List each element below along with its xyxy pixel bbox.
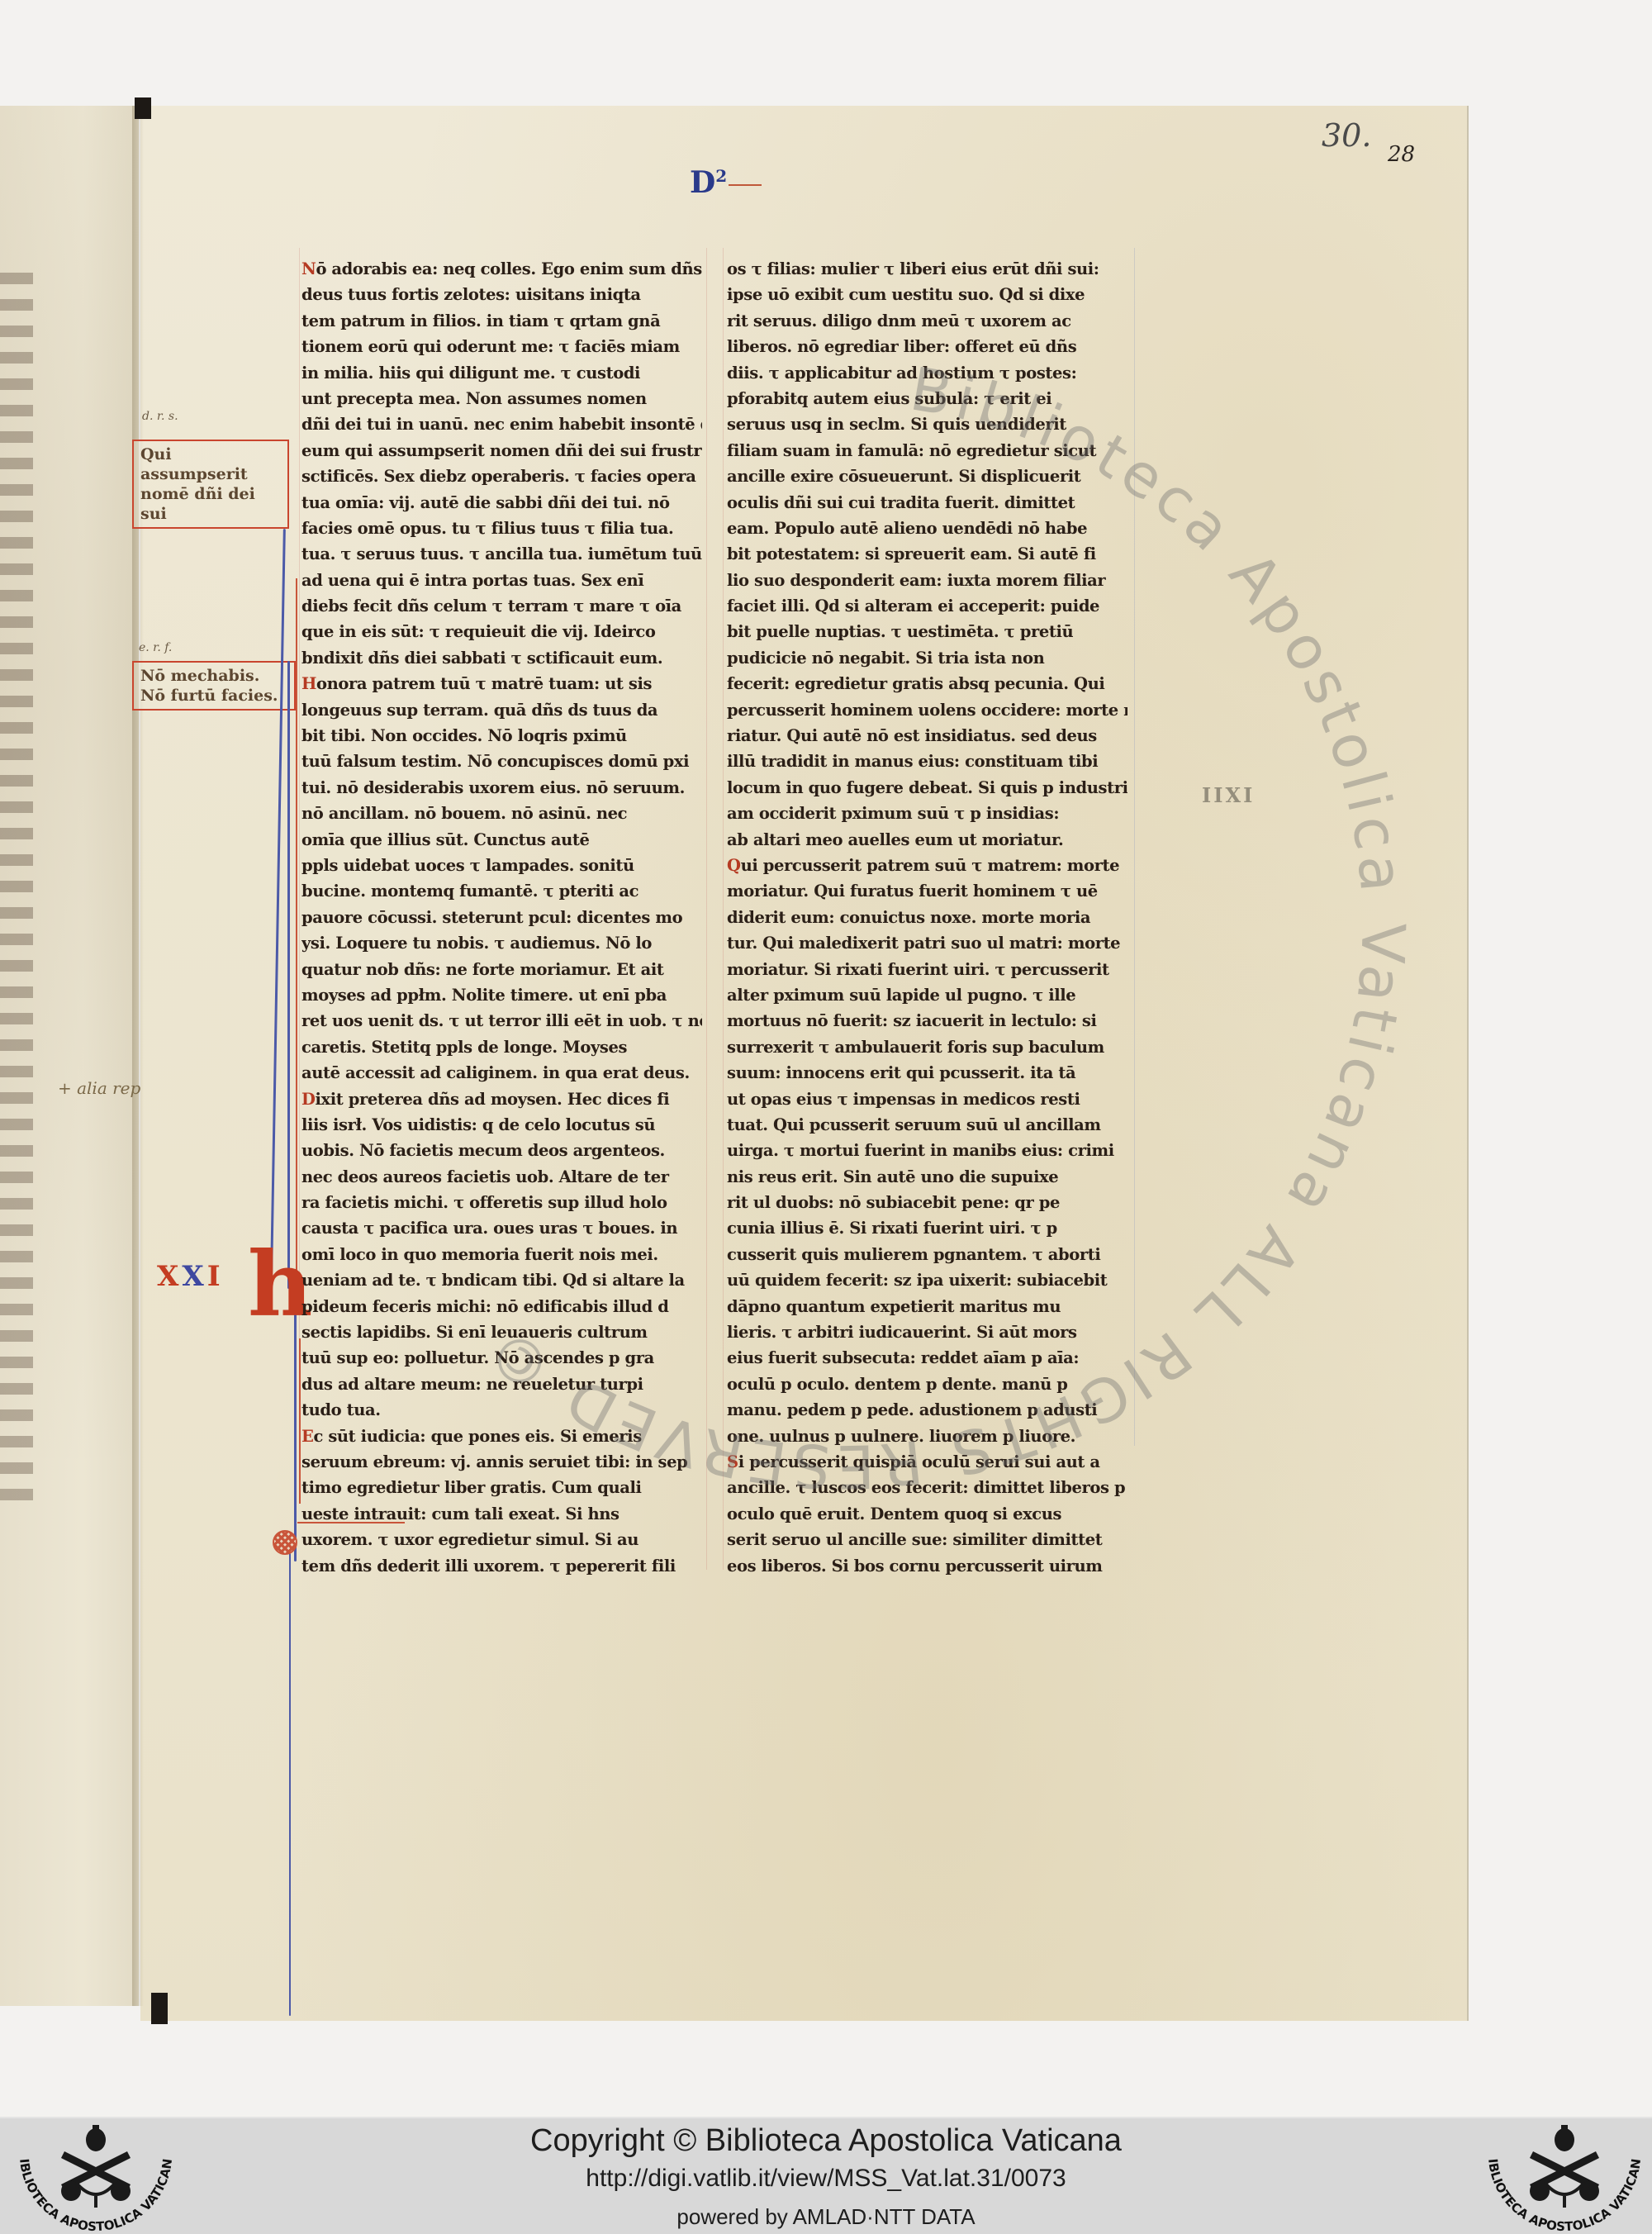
- manuscript-line: omīa que illius sūt. Cunctus autē: [301, 827, 702, 853]
- manuscript-line: ppls uidebat uoces τ lampades. sonitū: [301, 853, 702, 878]
- manuscript-line: dus ad altare meum: ne reueletur turpi: [301, 1371, 702, 1397]
- manuscript-line: riatur. Qui autē nō est insidiatus. sed …: [727, 723, 1127, 749]
- verso-text-edge: [0, 273, 33, 1512]
- powered-by-text: powered by AMLAD·NTT DATA: [0, 2204, 1652, 2230]
- penwork-knot-icon: [273, 1530, 297, 1555]
- manuscript-line: dñi dei tui in uanū. nec enim habebit in…: [301, 411, 702, 437]
- manuscript-line: seruus usq in seclm. Si quis uendiderit: [727, 411, 1127, 437]
- ruling-line: [706, 248, 707, 1570]
- manuscript-line: alter pximum suū lapide ul pugno. τ ille: [727, 982, 1127, 1008]
- manuscript-line: rit seruus. diligo dnm meū τ uxorem ac: [727, 308, 1127, 334]
- manuscript-line: am occiderit pximum suū τ p insidias:: [727, 801, 1127, 826]
- manuscript-line: ut opas eius τ impensas in medicos resti: [727, 1086, 1127, 1112]
- manuscript-line: diebs fecit dñs celum τ terram τ mare τ …: [301, 593, 702, 619]
- running-head: D2: [690, 165, 762, 200]
- manuscript-line: fecerit: egredietur gratis absq pecunia.…: [727, 671, 1127, 696]
- manuscript-line: bit potestatem: si spreuerit eam. Si aut…: [727, 541, 1127, 567]
- manuscript-line: tem patrum in filios. in tiam τ qrtam gn…: [301, 308, 702, 334]
- flourish-icon: [729, 184, 762, 186]
- manuscript-line: tua. τ seruus tuus. τ ancilla tua. iumēt…: [301, 541, 702, 567]
- manuscript-line: tuū falsum testim. Nō concupisces domū p…: [301, 749, 702, 774]
- folio-number-ink: 28: [1388, 142, 1415, 167]
- copyright-footer: Copyright © Biblioteca Apostolica Vatica…: [0, 2117, 1652, 2234]
- manuscript-line: omī loco in quo memoria fuerit nois mei.: [301, 1242, 702, 1267]
- rubricated-capital: S: [727, 1452, 738, 1471]
- manuscript-line: facies omē opus. tu τ filius tuus τ fili…: [301, 516, 702, 541]
- manuscript-line: oculis dñi sui cui tradita fuerit. dimit…: [727, 490, 1127, 516]
- manuscript-line: tem dñs dederit illi uxorem. τ pepererit…: [301, 1553, 702, 1579]
- manuscript-scan: + alia repetitio 30. 28 D2 d. r. s. Qui …: [0, 0, 1652, 2117]
- manuscript-line: ab altari meo auelles eum ut moriatur.: [727, 827, 1127, 853]
- manuscript-line: percusserit hominem uolens occidere: mor…: [727, 697, 1127, 723]
- manuscript-line: deus tuus fortis zelotes: uisitans iniqt…: [301, 282, 702, 307]
- marginal-rubric-box: Qui assumpserit nomē dñi dei sui: [132, 440, 289, 529]
- penwork-red-line: [299, 1338, 301, 1504]
- copyright-text: Copyright © Biblioteca Apostolica Vatica…: [0, 2123, 1652, 2159]
- manuscript-line: liberos. nō egrediar liber: offeret eū d…: [727, 334, 1127, 359]
- manuscript-line: pideum feceris michi: nō edificabis illu…: [301, 1294, 702, 1319]
- vatican-library-logo-right: BIBLIOTECA APOSTOLICA VATICANA: [1474, 2122, 1652, 2232]
- manuscript-line: bndixit dñs diei sabbati τ sctificauit e…: [301, 645, 702, 671]
- rubricated-capital: Q: [727, 856, 741, 875]
- manuscript-line: moriatur. Si rixati fuerint uiri. τ perc…: [727, 957, 1127, 982]
- manuscript-line: sctificēs. Sex diebz operaberis. τ facie…: [301, 463, 702, 489]
- chapter-number: XXI: [157, 1260, 224, 1293]
- manuscript-line: diis. τ applicabitur ad hostium τ postes…: [727, 360, 1127, 386]
- manuscript-line: cunia illius ē. Si rixati fuerint uiri. …: [727, 1215, 1127, 1241]
- text-column-b: os τ filias: mulier τ liberi eius erūt d…: [727, 256, 1127, 1579]
- manuscript-line: tionem eorū qui oderunt me: τ faciēs mia…: [301, 334, 702, 359]
- penwork-flourish-icon: [287, 661, 290, 1289]
- manuscript-line: ancille exire cōsueuerunt. Si displicuer…: [727, 463, 1127, 489]
- manuscript-line: nis reus erit. Sin autē uno die supuixe: [727, 1164, 1127, 1190]
- manuscript-line: tuat. Qui pcusserit seruum suū ul ancill…: [727, 1112, 1127, 1138]
- page-clip-bottom: [151, 1993, 168, 2024]
- chapter-numeral: X: [182, 1260, 206, 1293]
- manuscript-line: tudo tua.: [301, 1397, 702, 1423]
- offset-rubric-faint: IIXI: [1202, 783, 1255, 807]
- manuscript-line: filiam suam in famulā: nō egredietur sic…: [727, 438, 1127, 463]
- manuscript-line: uirga. τ mortui fuerint in manibs eius: …: [727, 1138, 1127, 1163]
- manuscript-line: os τ filias: mulier τ liberi eius erūt d…: [727, 256, 1127, 282]
- permalink-url[interactable]: http://digi.vatlib.it/view/MSS_Vat.lat.3…: [0, 2165, 1652, 2193]
- rubricated-capital: N: [301, 259, 316, 278]
- manuscript-line: bucine. montemq fumantē. τ pteriti ac: [301, 878, 702, 904]
- manuscript-line: sectis lapidibs. Si enī leuaueris cultru…: [301, 1319, 702, 1345]
- chapter-numeral: X: [157, 1260, 182, 1293]
- rubricated-capital: H: [301, 674, 316, 693]
- manuscript-line: suum: innocens erit qui pcusserit. ita t…: [727, 1060, 1127, 1086]
- papal-keys-tiara-icon: [1530, 2125, 1599, 2208]
- manuscript-line: eum qui assumpserit nomen dñi dei sui fr…: [301, 438, 702, 463]
- manuscript-line: Si percusserit quispiā oculū serui sui a…: [727, 1449, 1127, 1475]
- manuscript-line: Nō adorabis ea: neq colles. Ego enim sum…: [301, 256, 702, 282]
- manuscript-line: ra facietis michi. τ offeretis sup illud…: [301, 1190, 702, 1215]
- marginal-reference: d. r. s.: [142, 410, 178, 423]
- manuscript-line: tui. nō desiderabis uxorem eius. nō seru…: [301, 775, 702, 801]
- manuscript-line: Ec sūt iudicia: que pones eis. Si emeris: [301, 1424, 702, 1449]
- manuscript-line: oculū p oculo. dentem p dente. manū p: [727, 1371, 1127, 1397]
- manuscript-line: Honora patrem tuū τ matrē tuam: ut sis: [301, 671, 702, 696]
- manuscript-line: ret uos uenit ds. τ ut terror illi eēt i…: [301, 1008, 702, 1034]
- manuscript-line: timo egredietur liber gratis. Cum quali: [301, 1475, 702, 1500]
- manuscript-line: que in eis sūt: τ requieuit die vij. Ide…: [301, 619, 702, 644]
- folio-number-pencil: 30.: [1322, 117, 1371, 154]
- running-head-sup: 2: [715, 166, 727, 186]
- gutter-shadow: [132, 106, 144, 2006]
- manuscript-line: nec deos aureos facietis uob. Altare de …: [301, 1164, 702, 1190]
- papal-keys-tiara-icon: [61, 2125, 131, 2208]
- manuscript-line: Qui percusserit patrem suū τ matrem: mor…: [727, 853, 1127, 878]
- vatican-library-logo-left: BIBLIOTECA APOSTOLICA VATICANA: [5, 2122, 187, 2232]
- text-column-a: Nō adorabis ea: neq colles. Ego enim sum…: [301, 256, 702, 1579]
- manuscript-line: cusserit quis mulierem pgnantem. τ abort…: [727, 1242, 1127, 1267]
- manuscript-line: surrexerit τ ambulauerit foris sup bacul…: [727, 1034, 1127, 1060]
- manuscript-line: eos liberos. Si bos cornu percusserit ui…: [727, 1553, 1127, 1579]
- manuscript-line: manu. pedem p pede. adustionem p adusti: [727, 1397, 1127, 1423]
- penwork-red-line: [296, 578, 297, 1305]
- manuscript-line: eam. Populo autē alieno uendēdi nō habe: [727, 516, 1127, 541]
- manuscript-line: bit puelle nuptias. τ uestimēta. τ preti…: [727, 619, 1127, 644]
- rubricated-capital: D: [301, 1090, 316, 1109]
- manuscript-line: lieris. τ arbitri iudicauerint. Si aūt m…: [727, 1319, 1127, 1345]
- manuscript-line: unt precepta mea. Non assumes nomen: [301, 386, 702, 411]
- manuscript-line: ancille. τ luscos eos fecerit: dimittet …: [727, 1475, 1127, 1500]
- manuscript-line: one. uulnus p uulnere. liuorem p liuore.: [727, 1424, 1127, 1449]
- ruling-line: [723, 248, 724, 1570]
- manuscript-line: tuū sup eo: polluetur. Nō ascendes p gra: [301, 1345, 702, 1371]
- manuscript-line: ipse uō exibit cum uestitu suo. Qd si di…: [727, 282, 1127, 307]
- manuscript-line: longeuus sup terram. quā dñs ds tuus da: [301, 697, 702, 723]
- chapter-numeral: I: [207, 1260, 224, 1293]
- manuscript-line: tur. Qui maledixerit patri suo ul matri:…: [727, 930, 1127, 956]
- manuscript-line: uū quidem fecerit: sz ipa uixerit: subia…: [727, 1267, 1127, 1293]
- manuscript-line: moyses ad ppłm. Nolite timere. ut enī pb…: [301, 982, 702, 1008]
- manuscript-line: liis isrł. Vos uidistis: q de celo locut…: [301, 1112, 702, 1138]
- manuscript-line: nō ancillam. nō bouem. nō asinū. nec: [301, 801, 702, 826]
- manuscript-line: oculo quē eruit. Dentem quoq si excus: [727, 1501, 1127, 1527]
- page-clip-top: [135, 97, 151, 119]
- manuscript-line: caretis. Stetitq ppls de longe. Moyses: [301, 1034, 702, 1060]
- manuscript-line: quatur nob dñs: ne forte moriamur. Et ai…: [301, 957, 702, 982]
- manuscript-line: Dixit preterea dñs ad moysen. Hec dices …: [301, 1086, 702, 1112]
- ruling-line: [1134, 248, 1135, 1446]
- manuscript-line: rit ul duobs: nō subiacebit pene: qr pe: [727, 1190, 1127, 1215]
- manuscript-line: illū tradidit in manus eius: constituam …: [727, 749, 1127, 774]
- manuscript-line: lio suo desponderit eam: iuxta morem fil…: [727, 568, 1127, 593]
- manuscript-line: autē accessit ad caliginem. in qua erat …: [301, 1060, 702, 1086]
- marginal-reference: e. r. f.: [139, 641, 172, 654]
- manuscript-line: eius fuerit subsecuta: reddet aīam p aīa…: [727, 1345, 1127, 1371]
- manuscript-line: ueste intrauit: cum tali exeat. Si hns: [301, 1501, 702, 1527]
- manuscript-line: moriatur. Qui furatus fuerit hominem τ u…: [727, 878, 1127, 904]
- manuscript-line: pauore cōcussi. steterunt pcul: dicentes…: [301, 905, 702, 930]
- manuscript-line: pforabitq autem eius subula: τ erit ei: [727, 386, 1127, 411]
- rubricated-capital: E: [301, 1427, 313, 1446]
- manuscript-line: mortuus nō fuerit: sz iacuerit in lectul…: [727, 1008, 1127, 1034]
- manuscript-line: in milia. hiis qui diligunt me. τ custod…: [301, 360, 702, 386]
- manuscript-line: causta τ pacifica ura. oues uras τ boues…: [301, 1215, 702, 1241]
- manuscript-line: dāpno quantum expetierit maritus mu: [727, 1294, 1127, 1319]
- manuscript-line: uxorem. τ uxor egredietur simul. Si au: [301, 1527, 702, 1552]
- penwork-flourish-icon: [289, 1553, 291, 2016]
- manuscript-line: ueniam ad te. τ bndicam tibi. Qd si alta…: [301, 1267, 702, 1293]
- manuscript-line: seruum ebreum: vj. annis seruiet tibi: i…: [301, 1449, 702, 1475]
- manuscript-line: tua omīa: vij. autē die sabbi dñi dei tu…: [301, 490, 702, 516]
- manuscript-line: ysi. Loquere tu nobis. τ audiemus. Nō lo: [301, 930, 702, 956]
- manuscript-line: faciet illi. Qd si alteram ei acceperit:…: [727, 593, 1127, 619]
- running-head-letter: D: [690, 165, 715, 200]
- marginal-rubric-box: Nō mechabis. Nō furtū facies.: [132, 661, 296, 711]
- manuscript-line: uobis. Nō facietis mecum deos argenteos.: [301, 1138, 702, 1163]
- manuscript-line: ad uena qui ē intra portas tuas. Sex enī: [301, 568, 702, 593]
- manuscript-line: serit seruo ul ancille sue: similiter di…: [727, 1527, 1127, 1552]
- manuscript-line: locum in quo fugere debeat. Si quis p in…: [727, 775, 1127, 801]
- manuscript-line: pudicicie nō negabit. Si tria ista non: [727, 645, 1127, 671]
- manuscript-line: diderit eum: conuictus noxe. morte moria: [727, 905, 1127, 930]
- manuscript-line: bit tibi. Non occides. Nō loqris pximū: [301, 723, 702, 749]
